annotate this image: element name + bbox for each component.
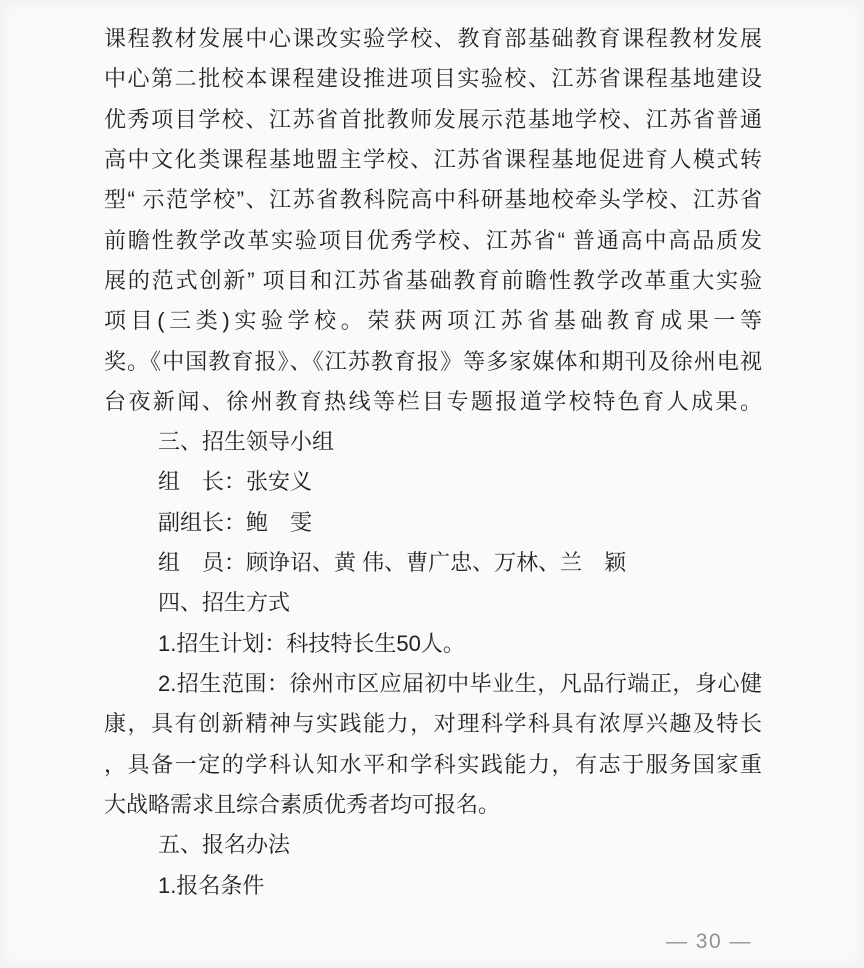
- text-line: 康，具有创新精神与实践能力，对理科学科具有浓厚兴趣及特长: [104, 704, 762, 744]
- text-line: 组 长：张安义: [104, 462, 762, 502]
- text-line: 大战略需求且综合素质优秀者均可报名。: [104, 785, 762, 825]
- text-line: 高中文化类课程基地盟主学校、江苏省课程基地促进育人模式转: [104, 140, 762, 180]
- text-line: 优秀项目学校、江苏省首批教师发展示范基地学校、江苏省普通: [104, 100, 762, 140]
- text-line: 组 员：顾诤诏、黄 伟、曹广忠、万林、兰 颖: [104, 543, 762, 583]
- text-line: 1.招生计划：科技特长生50人。: [104, 624, 762, 664]
- text-line: 奖。《中国教育报》、《江苏教育报》等多家媒体和期刊及徐州电视: [104, 342, 762, 382]
- text-line: 中心第二批校本课程建设推进项目实验校、江苏省课程基地建设: [104, 59, 762, 99]
- text-line: 展的范式创新” 项目和江苏省基础教育前瞻性教学改革重大实验: [104, 261, 762, 301]
- text-line: 副组长：鲍 雯: [104, 503, 762, 543]
- text-line: 四、招生方式: [104, 583, 762, 623]
- text-line: 型“ 示范学校”、江苏省教科院高中科研基地校牵头学校、江苏省: [104, 180, 762, 220]
- document-page: 课程教材发展中心课改实验学校、教育部基础教育课程教材发展中心第二批校本课程建设推…: [0, 0, 864, 968]
- text-line: 台夜新闻、徐州教育热线等栏目专题报道学校特色育人成果。: [104, 382, 762, 422]
- page-number: — 30 —: [666, 930, 752, 954]
- text-line: 前瞻性教学改革实验项目优秀学校、江苏省“ 普通高中高品质发: [104, 221, 762, 261]
- text-line: 2.招生范围：徐州市区应届初中毕业生，凡品行端正，身心健: [104, 664, 762, 704]
- text-line: 五、报名办法: [104, 825, 762, 865]
- text-line: ，具备一定的学科认知水平和学科实践能力，有志于服务国家重: [104, 745, 762, 785]
- text-line: 三、招生领导小组: [104, 422, 762, 462]
- document-body-text: 课程教材发展中心课改实验学校、教育部基础教育课程教材发展中心第二批校本课程建设推…: [104, 19, 762, 906]
- text-line: 1.报名条件: [104, 866, 762, 906]
- text-line: 课程教材发展中心课改实验学校、教育部基础教育课程教材发展: [104, 19, 762, 59]
- text-line: 项目(三类)实验学校。荣获两项江苏省基础教育成果一等: [104, 301, 762, 341]
